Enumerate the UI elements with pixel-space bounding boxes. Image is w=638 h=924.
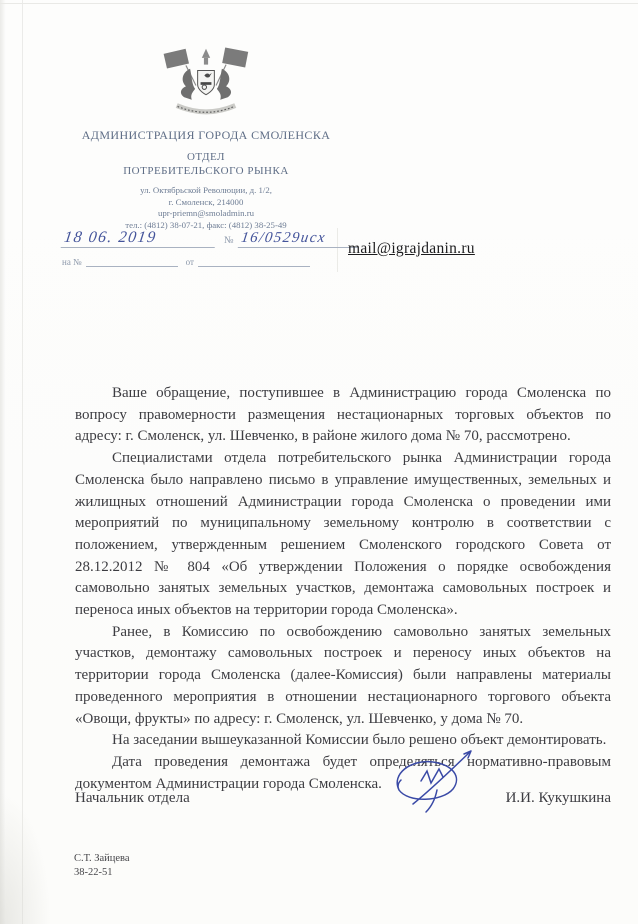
smolensk-coat-of-arms-icon xyxy=(160,46,252,120)
letter-body: Ваше обращение, поступившее в Администра… xyxy=(75,383,611,795)
department-name-line1: ОТДЕЛ xyxy=(58,151,354,165)
executor-name: С.Т. Зайцева xyxy=(74,852,130,866)
paragraph-1: Ваше обращение, поступившее в Администра… xyxy=(75,383,611,448)
reply-date-field xyxy=(198,254,310,267)
org-email: upr-priemn@smoladmin.ru xyxy=(58,208,354,220)
organization-name: АДМИНИСТРАЦИЯ ГОРОДА СМОЛЕНСКА xyxy=(58,128,354,142)
signature-row: Начальник отдела И.И. Кукушкина xyxy=(75,790,611,807)
paragraph-2: Специалистами отдела потребительского ры… xyxy=(75,448,611,622)
scan-top-line xyxy=(0,3,638,4)
address-street: ул. Октябрьской Революции, д. 1/2, xyxy=(58,185,354,197)
handwritten-date: 18 06. 2019 xyxy=(61,229,218,248)
paragraph-4: На заседании вышеуказанной Комиссии было… xyxy=(75,730,611,752)
reply-number-label: на № xyxy=(62,257,82,267)
reply-number-field xyxy=(86,254,178,267)
reference-block: 18 06. 2019 № 16/0529исх на № от xyxy=(62,224,364,267)
address-city: г. Смоленск, 214000 xyxy=(58,197,354,209)
letterhead: АДМИНИСТРАЦИЯ ГОРОДА СМОЛЕНСКА ОТДЕЛ ПОТ… xyxy=(58,46,354,231)
recipient-email: mail@igrajdanin.ru xyxy=(348,240,475,258)
handwritten-outgoing-number: 16/0529исх xyxy=(237,230,360,248)
department-name-line2: ПОТРЕБИТЕЛЬСКОГО РЫНКА xyxy=(58,165,354,179)
number-label: № xyxy=(224,235,234,246)
reply-from-label: от xyxy=(186,257,194,267)
signatory-name: И.И. Кукушкина xyxy=(506,790,611,807)
paragraph-3: Ранее, в Комиссию по освобождению самово… xyxy=(75,622,611,731)
paragraph-5: Дата проведения демонтажа будет определя… xyxy=(75,752,611,795)
scanned-letter-page: АДМИНИСТРАЦИЯ ГОРОДА СМОЛЕНСКА ОТДЕЛ ПОТ… xyxy=(0,0,638,924)
signatory-position: Начальник отдела xyxy=(75,790,190,807)
executor-phone: 38-22-51 xyxy=(74,866,130,880)
scan-edge-shadow xyxy=(0,0,6,924)
executor-block: С.Т. Зайцева 38-22-51 xyxy=(74,852,130,879)
scan-fold-line xyxy=(22,0,23,924)
scan-smudge xyxy=(0,794,50,924)
handwritten-signature-icon xyxy=(383,746,483,820)
